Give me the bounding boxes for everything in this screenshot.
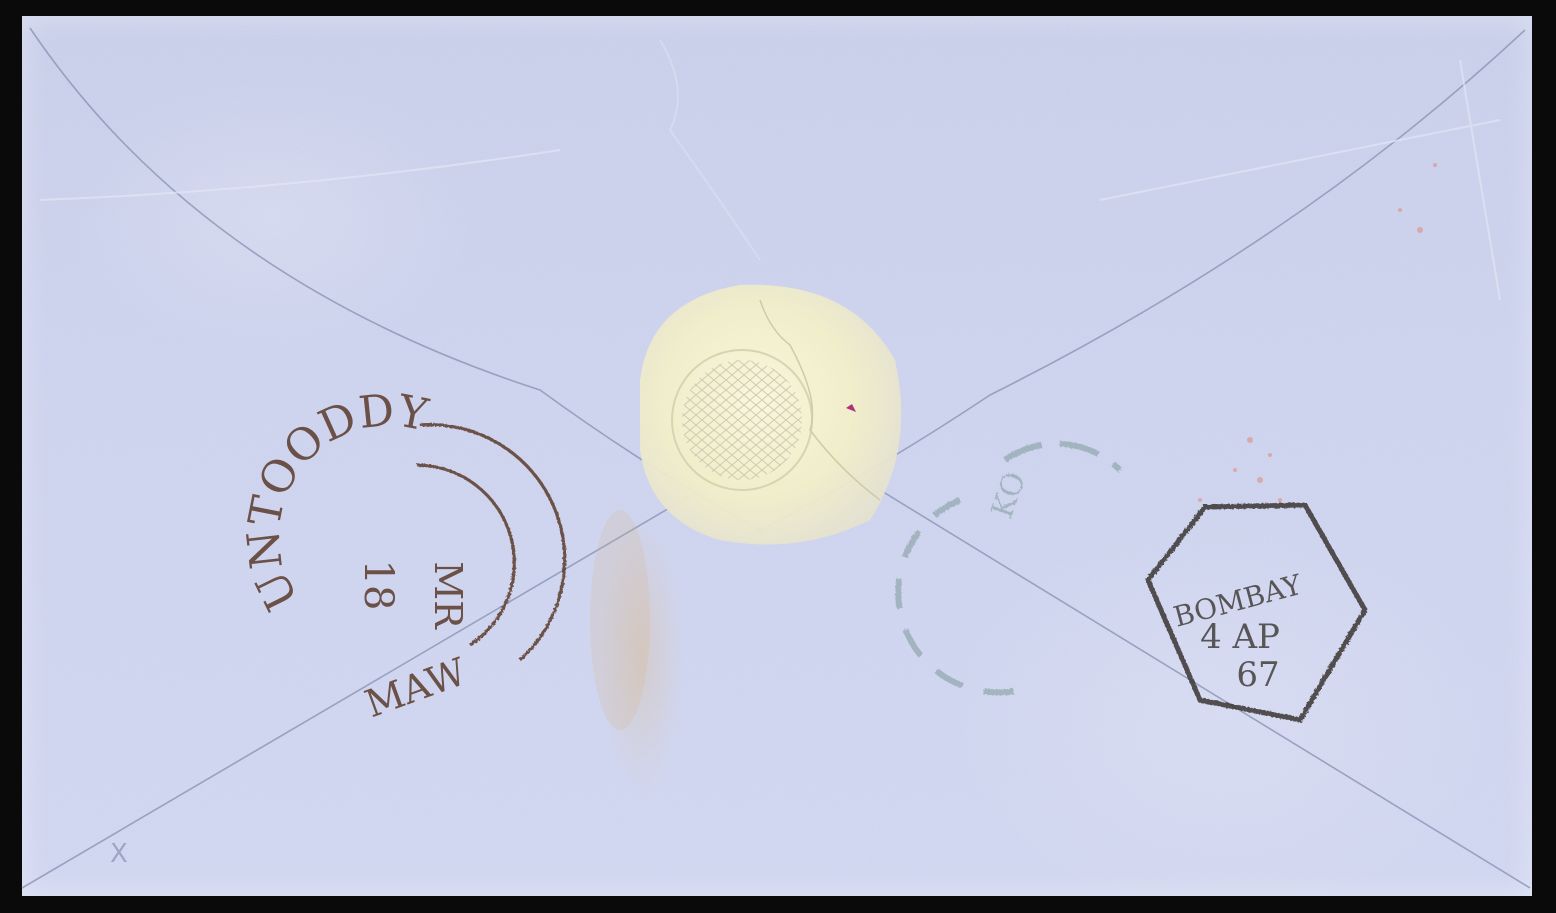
envelope-markings: UNTOODDY 18 MR MAW KO BOMBAY 4 AP 67 X (0, 0, 1556, 913)
stain (590, 510, 650, 730)
postmark-day: 18 (355, 560, 401, 611)
bombay-year: 67 (1236, 655, 1279, 695)
postmark-month: MR (426, 561, 470, 630)
bombay-date: 4 AP (1200, 617, 1280, 657)
manuscript-corner-mark: X (110, 839, 128, 869)
seal-emboss-pattern (682, 360, 802, 480)
wax-seal (640, 285, 901, 545)
